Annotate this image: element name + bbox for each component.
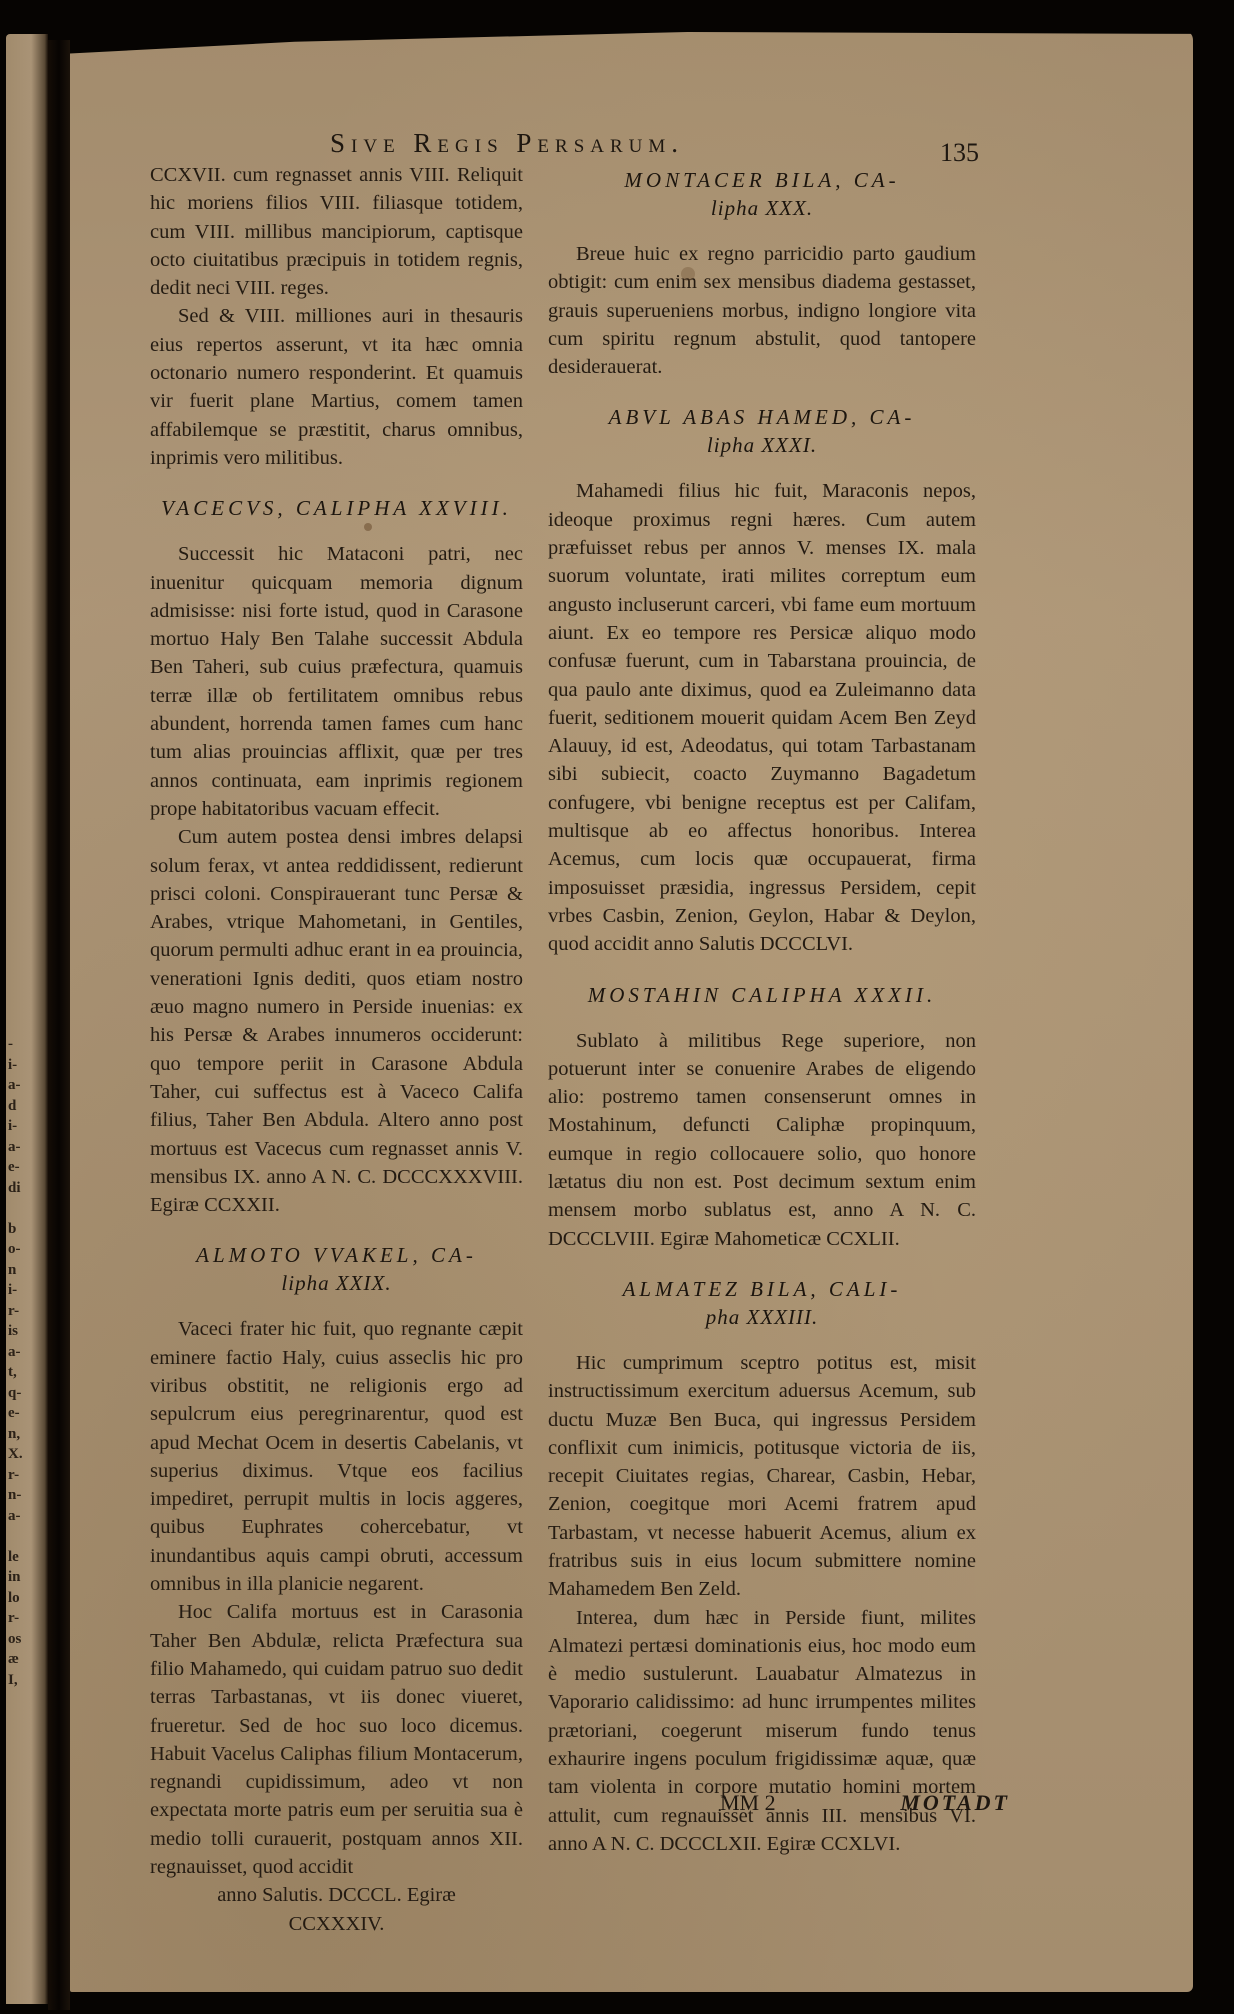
right-text-column: MONTACER BILA, CA-lipha XXX.Breue huic e… [548,166,976,1858]
margin-fragment: X. [8,1444,44,1465]
ink-stain [681,267,695,281]
heading-title: ALMATEZ BILA, CALI- [623,1277,902,1301]
margin-fragment [8,1526,44,1547]
margin-fragment: i- [8,1280,44,1301]
section-heading: VACECVS, CALIPHA XXVIII. [150,494,523,522]
signature-mark: MM 2 [720,1790,776,1816]
margin-fragment: æ [8,1649,44,1670]
paragraph: Hoc Califa mortuus est in Carasonia Tahe… [150,1598,523,1881]
margin-fragment: n, [8,1424,44,1445]
margin-fragment: d [8,1096,44,1117]
heading-title: ALMOTO VVAKEL, CA- [196,1243,477,1267]
margin-fragment: n- [8,1485,44,1506]
paragraph: Successit hic Mataconi patri, nec inueni… [150,540,523,823]
heading-title: MOSTAHIN CALIPHA XXXII. [588,983,936,1007]
margin-fragment: a- [8,1506,44,1527]
heading-title: VACECVS, CALIPHA XXVIII. [161,496,512,520]
margin-fragment: n [8,1260,44,1281]
margin-fragment: os [8,1629,44,1650]
heading-subtitle: lipha XXIX. [150,1269,523,1297]
margin-fragment: a- [8,1137,44,1158]
page-footer: MM 2 MOTADT [720,1790,1010,1816]
page-number: 135 [940,138,979,168]
heading-title: ABVL ABAS HAMED, CA- [609,405,916,429]
section-heading: MONTACER BILA, CA-lipha XXX. [548,166,976,222]
margin-fragment: t, [8,1362,44,1383]
margin-fragment: i- [8,1116,44,1137]
margin-fragment: in [8,1567,44,1588]
paragraph: Sublato à militibus Rege superiore, non … [548,1027,976,1253]
section-heading: ALMATEZ BILA, CALI-pha XXXIII. [548,1275,976,1331]
heading-subtitle: lipha XXX. [548,194,976,222]
heading-subtitle: lipha XXXI. [548,431,976,459]
paragraph: Sed & VIII. milliones auri in thesauris … [150,302,523,472]
paragraph: Hic cumprimum sceptro potitus est, misit… [548,1349,976,1604]
margin-fragment: I, [8,1670,44,1691]
margin-fragment: e- [8,1157,44,1178]
margin-fragment: a- [8,1342,44,1363]
heading-title: MONTACER BILA, CA- [624,168,899,192]
margin-fragment: is [8,1321,44,1342]
section-heading: MOSTAHIN CALIPHA XXXII. [548,981,976,1009]
margin-fragment: i- [8,1055,44,1076]
paragraph: CCXVII. cum regnasset annis VIII. Reliqu… [150,161,523,302]
margin-fragment [8,1198,44,1219]
margin-fragment: e- [8,1403,44,1424]
paragraph: Vaceci frater hic fuit, quo regnante cæp… [150,1315,523,1598]
book-gutter [48,40,70,2010]
closing-line: CCXXXIV. [150,1910,523,1938]
section-heading: ALMOTO VVAKEL, CA-lipha XXIX. [150,1241,523,1297]
margin-fragment: le [8,1547,44,1568]
ink-stain [364,523,372,531]
margin-fragment: r- [8,1301,44,1322]
adjacent-left-page: -i-a-di-a-e-dibo-ni-r-isa-t,q-e-n,X.r-n-… [6,34,48,2004]
left-page-margin-fragments: -i-a-di-a-e-dibo-ni-r-isa-t,q-e-n,X.r-n-… [8,1034,44,1690]
paragraph: Mahamedi filius hic fuit, Maraconis nepo… [548,477,976,958]
margin-fragment: r- [8,1608,44,1629]
margin-fragment: lo [8,1588,44,1609]
section-heading: ABVL ABAS HAMED, CA-lipha XXXI. [548,403,976,459]
heading-subtitle: pha XXXIII. [548,1303,976,1331]
paragraph: Interea, dum hæc in Perside fiunt, milit… [548,1604,976,1859]
paragraph: Breue huic ex regno parricidio parto gau… [548,240,976,381]
catchword: MOTADT [900,1790,1010,1816]
paragraph: Cum autem postea densi imbres delapsi so… [150,823,523,1219]
margin-fragment: o- [8,1239,44,1260]
closing-line: anno Salutis. DCCCL. Egiræ [150,1881,523,1909]
margin-fragment: b [8,1219,44,1240]
margin-fragment: di [8,1178,44,1199]
running-head: Sive Regis Persarum. [330,128,830,159]
margin-fragment: a- [8,1075,44,1096]
margin-fragment: - [8,1034,44,1055]
left-text-column: CCXVII. cum regnasset annis VIII. Reliqu… [150,161,523,1938]
margin-fragment: q- [8,1383,44,1404]
margin-fragment: r- [8,1465,44,1486]
